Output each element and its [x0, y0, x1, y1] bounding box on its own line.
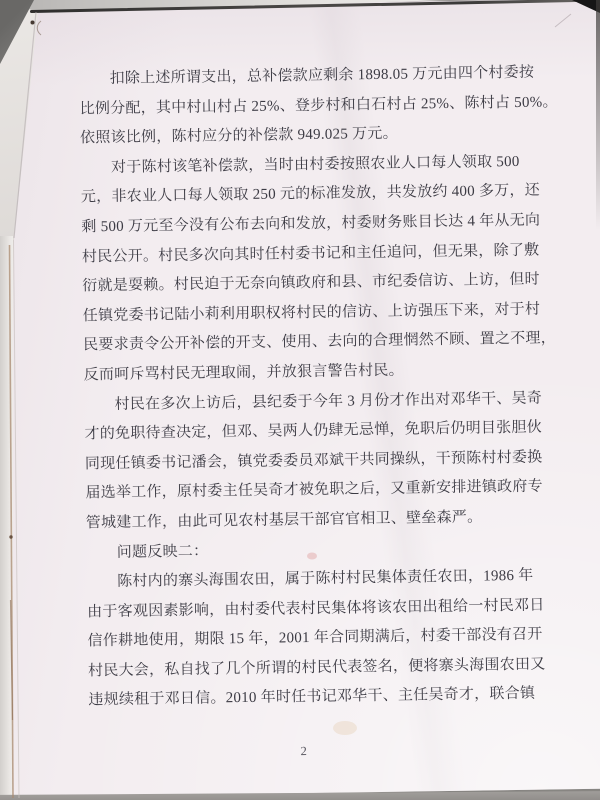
text-line: 违规续租于邓日信。2010 年时任书记邓华干、主任吴奇才，联合镇	[88, 680, 528, 716]
document-text-block: 扣除上述所谓支出，总补偿款应剩余 1898.05 万元由四个村委按比例分配，其中…	[79, 59, 529, 717]
page-number: 2	[89, 741, 519, 762]
paragraph: 陈村内的寨头海围农田，属于陈村村民集体责任农田，1986 年由于客观因素影响，由…	[87, 562, 529, 716]
document-page: 扣除上述所谓支出，总补偿款应剩余 1898.05 万元由四个村委按比例分配，其中…	[0, 0, 600, 798]
paragraph: 对于陈村该笔补偿款，当时由村委按照农业人口每人领取 500元，非农业人口每人领取…	[80, 148, 523, 391]
paragraph: 扣除上述所谓支出，总补偿款应剩余 1898.05 万元由四个村委按比例分配，其中…	[79, 59, 520, 154]
scanned-document-photo: 扣除上述所谓支出，总补偿款应剩余 1898.05 万元由四个村委按比例分配，其中…	[0, 0, 600, 800]
paragraph: 村民在多次上访后，县纪委于今年 3 月份才作出对邓华干、吴奇才的免职待查决定，但…	[84, 384, 526, 538]
